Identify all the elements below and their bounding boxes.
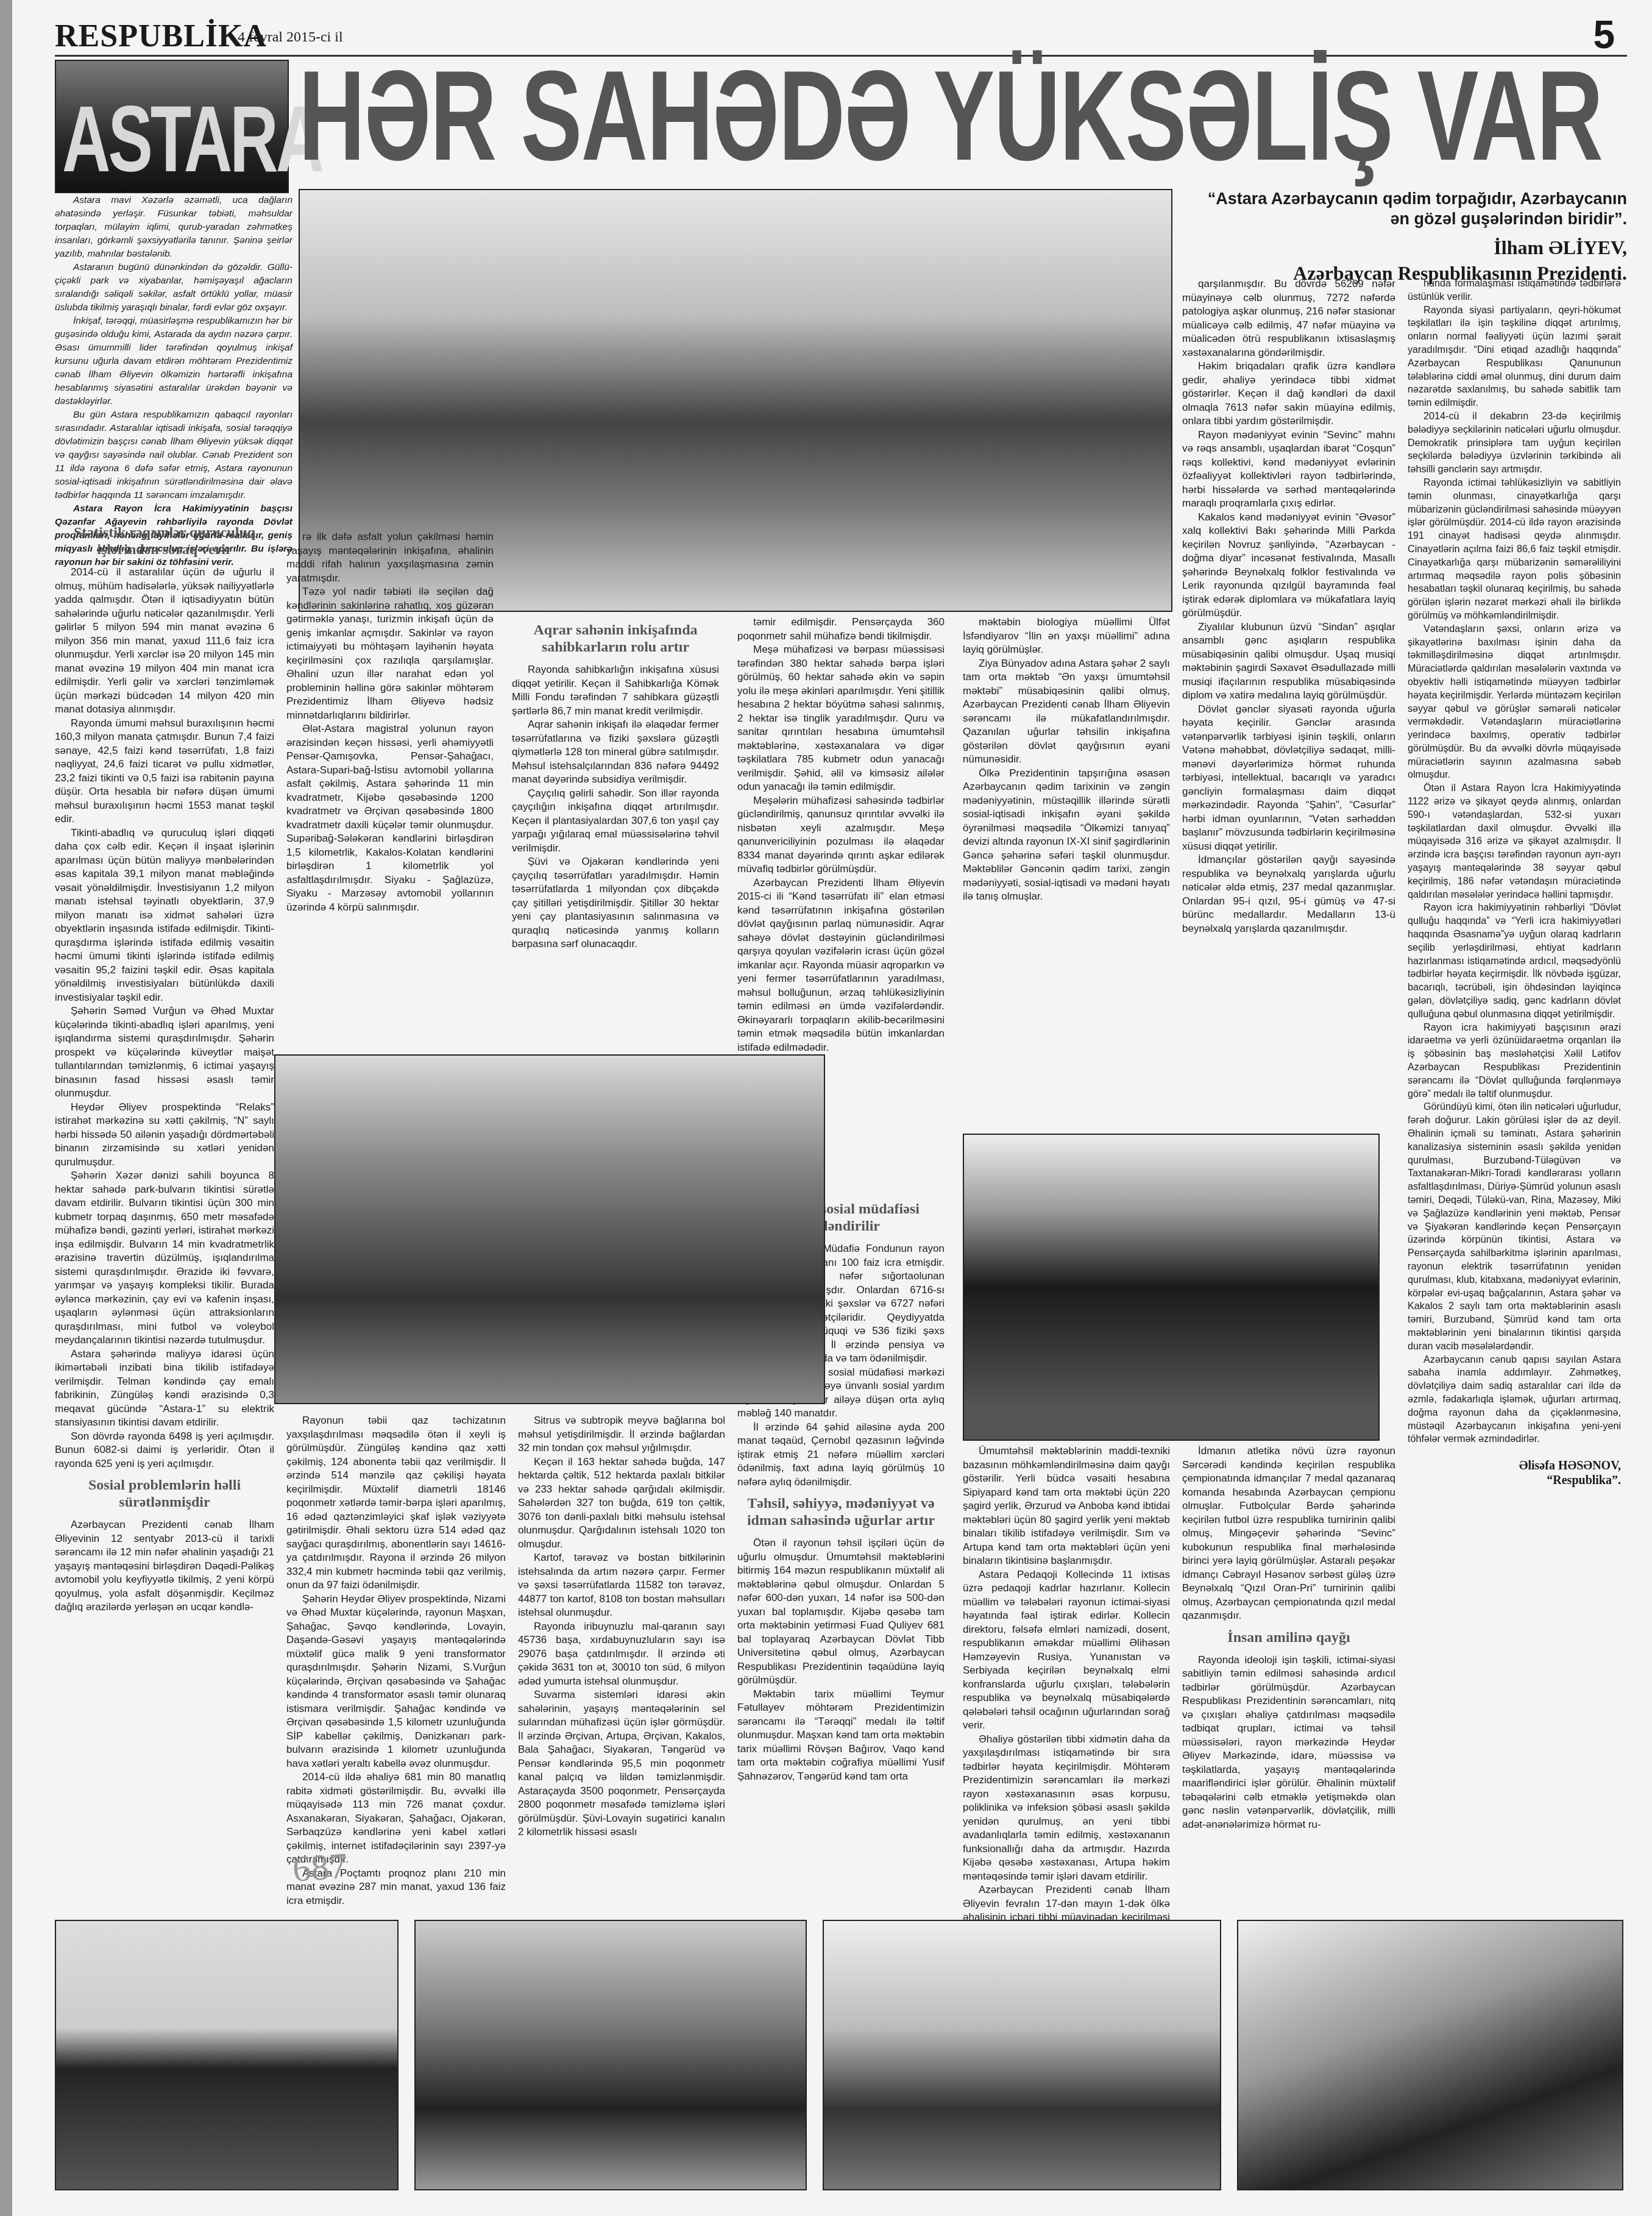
lead-paragraph: Astaranın bugünü dünənkindən də gözəldir… <box>55 261 292 314</box>
paper-name: RESPUBLİKA <box>55 18 267 54</box>
column-3-lower: Sitrus və subtropik meyvə bağlarına bol … <box>518 1414 725 1839</box>
paragraph: Əhaliyə göstərilən tibbi xidmətin daha d… <box>963 1733 1170 1884</box>
museum-building-photo <box>963 1134 1380 1441</box>
paragraph: hunda formalaşması istiqamətində tədbirl… <box>1408 277 1621 304</box>
paragraph: Aqrar sahənin inkişafı ilə əlaqədar ferm… <box>512 718 719 787</box>
byline-outlet: “Respublika”. <box>1408 1473 1621 1488</box>
paragraph: Məktəbin tarix müəllimi Teymur Fətullaye… <box>737 1688 945 1784</box>
newspaper-page: RESPUBLİKA 4 fevral 2015-ci il 5 ASTARA … <box>12 0 1652 2216</box>
column-6: qarşılanmışdır. Bu dövrdə 56209 nəfər mü… <box>1182 277 1395 936</box>
paragraph: Rayonda ideoloji işin təşkili, ictimai-s… <box>1182 1653 1395 1832</box>
building-ceremony-photo <box>274 1054 825 1404</box>
paragraph: Keçən il 163 hektar sahədə buğda, 147 he… <box>518 1455 725 1552</box>
paragraph: 2014-cü il astaralılar üçün də uğurlu il… <box>55 566 274 717</box>
column-2: rə ilk dəfə asfalt yolun çəkilməsi həmin… <box>286 530 494 914</box>
column-5: məktəbin biologiya müəllimi Ülfət İsfənd… <box>963 616 1170 904</box>
paragraph: Vətəndaşların şəxsi, onların ərizə və şi… <box>1408 623 1621 783</box>
paragraph: Şüvi və Ojakəran kəndlərində yeni çayçıl… <box>512 855 719 951</box>
paragraph: Ölkə Prezidentinin tapşırığına əsasən Az… <box>963 767 1170 904</box>
paragraph: Rayon icra hakimiyyəti başçısının ərazi … <box>1408 1021 1621 1101</box>
column-6-lower: İdmanın atletika növü üzrə rayonun Sərcə… <box>1182 1444 1395 1831</box>
paragraph: Təzə yol nadir təbiəti ilə seçilən dağ k… <box>286 585 494 722</box>
paragraph: Son dövrdə rayonda 6498 iş yeri açılmışd… <box>55 1430 274 1471</box>
astara-sign-photo: ASTARA <box>55 60 289 193</box>
paragraph: Rayonun təbii qaz təchizatının yaxşılaşd… <box>286 1414 506 1593</box>
paragraph: Astara Pedaqoji Kollecində 11 ixtisas üz… <box>963 1568 1170 1733</box>
lead-paragraph: Bu gün Astara respublikamızın qabaqcıl r… <box>55 408 292 502</box>
paragraph: Rayon icra hakimiyyətinin rəhbərliyi “Dö… <box>1408 901 1621 1021</box>
paragraph: Suvarma sistemləri idarəsi əkin sahələri… <box>518 1688 725 1839</box>
paragraph: 2014-cü il dekabrın 23-də keçirilmiş bəl… <box>1408 410 1621 477</box>
column-3: Aqrar sahənin inkişafında sahibkarların … <box>512 616 719 951</box>
column-7: hunda formalaşması istiqamətində tədbirl… <box>1408 277 1621 1488</box>
paragraph: İdmançılar göstərilən qayğı sayəsində re… <box>1182 853 1395 936</box>
paragraph: Azərbaycan Prezidenti İlham Əliyevin 201… <box>737 876 945 1055</box>
paragraph: Ümumtəhsil məktəblərinin maddi-texniki b… <box>963 1444 1170 1568</box>
paragraph: Ziya Bünyadov adına Astara şəhər 2 saylı… <box>963 657 1170 767</box>
paragraph: Rayonda ictimai təhlükəsizliyin və sabit… <box>1408 477 1621 623</box>
paragraph: Ötən il Astara Rayon İcra Hakimiyyətində… <box>1408 782 1621 901</box>
section-heading: İnsan amilinə qayğı <box>1182 1629 1395 1646</box>
paragraph: qarşılanmışdır. Bu dövrdə 56209 nəfər mü… <box>1182 277 1395 360</box>
section-heading: Təhsil, səhiyyə, mədəniyyət və idman sah… <box>737 1495 945 1529</box>
paragraph: Kakalos kənd mədəniyyət evinin “Əvəsor” … <box>1182 511 1395 620</box>
paragraph: Kartof, tərəvəz və bostan bitkilərinin i… <box>518 1551 725 1620</box>
paragraph: Rayonda ümumi məhsul buraxılışının həcmi… <box>55 717 274 826</box>
paragraph: Şəhərin Xəzər dənizi sahili boyunca 8 he… <box>55 1169 274 1348</box>
paragraph: Rayon mədəniyyət evinin “Sevinc” mahnı v… <box>1182 428 1395 511</box>
byline-author: Əlisəfa HƏSƏNOV, <box>1408 1458 1621 1473</box>
paragraph: Tikinti-abadlıq və quruculuq işləri diqq… <box>55 826 274 1005</box>
paragraph: Astara şəhərində maliyyə idarəsi üçün ik… <box>55 1348 274 1430</box>
section-heading: Aqrar sahənin inkişafında sahibkarların … <box>512 622 719 656</box>
paragraph: Dövlət gənclər siyasəti rayonda uğurla h… <box>1182 703 1395 854</box>
region-sign-text: ASTARA <box>62 85 322 194</box>
column-5-lower: Ümumtəhsil məktəblərinin maddi-texniki b… <box>963 1444 1170 1952</box>
paragraph: Azərbaycan Prezidenti cənab İlham Əliyev… <box>55 1518 274 1614</box>
paragraph: Çayçılıq gəlirli sahədir. Son illər rayo… <box>512 787 719 856</box>
pipeline-photo <box>414 1920 807 2190</box>
park-fountain-photo <box>1237 1920 1623 2190</box>
paragraph: Sitrus və subtropik meyvə bağlarına bol … <box>518 1414 725 1455</box>
riverbank-photo <box>823 1920 1221 2190</box>
paragraph: Meşə mühafizəsi və bərpası müəssisəsi tə… <box>737 643 945 794</box>
author-name: İlham ƏLİYEV, <box>1170 235 1627 260</box>
paragraph: Şəhərin Heydər Əliyev prospektində, Niza… <box>286 1593 506 1771</box>
paragraph: Meşələrin mühafizəsi sahəsində tədbirlər… <box>737 794 945 876</box>
paragraph: Həkim briqadaları qrafik üzrə kəndlərə g… <box>1182 360 1395 428</box>
lead-paragraph: Astara mavi Xəzərlə əzəmətli, uca dağlar… <box>55 194 292 261</box>
tea-plantation-photo <box>55 1920 399 2190</box>
issue-date: 4 fevral 2015-ci il <box>238 29 343 46</box>
section-heading: Statistik rəqəmlər quruculuq işlərindən … <box>55 524 274 558</box>
column-4: təmir edilmişdir. Pensərçayda 360 poqonm… <box>737 616 945 1054</box>
lead-paragraphs: Astara mavi Xəzərlə əzəmətli, uca dağlar… <box>55 194 292 569</box>
paragraph: Ötən il rayonun təhsil işçiləri üçün də … <box>737 1536 945 1688</box>
paragraph: təmir edilmişdir. Pensərçayda 360 poqonm… <box>737 616 945 643</box>
lead-paragraph: İnkişaf, tərəqqi, müasirləşmə respublika… <box>55 314 292 408</box>
headline: HƏR SAHƏDƏ YÜKSƏLİŞ VAR <box>299 55 1246 177</box>
epigraph-quote: “Astara Azərbaycanın qədim torpağıdır, A… <box>1188 189 1627 229</box>
column-2-lower: Rayonun təbii qaz təchizatının yaxşılaşd… <box>286 1414 506 1908</box>
paragraph: Ziyalılar klubunun üzvü “Sindan” aşıqlar… <box>1182 620 1395 703</box>
paragraph: Göründüyü kimi, ötən ilin nəticələri uğu… <box>1408 1101 1621 1353</box>
paragraph: Rayonda sahibkarlığın inkişafına xüsusi … <box>512 663 719 718</box>
paragraph: rə ilk dəfə asfalt yolun çəkilməsi həmin… <box>286 530 494 585</box>
paragraph: İdmanın atletika növü üzrə rayonun Sərcə… <box>1182 1444 1395 1623</box>
paragraph: Heydər Əliyev prospektində “Relaks” isti… <box>55 1101 274 1170</box>
paragraph: Ələt-Astara magistral yolunun rayon əraz… <box>286 722 494 914</box>
paragraph: məktəbin biologiya müəllimi Ülfət İsfənd… <box>963 616 1170 657</box>
paragraph: Şəhərin Səməd Vurğun və Əhəd Muxtar küçə… <box>55 1004 274 1101</box>
paragraph: Rayonda iribuynuzlu mal-qaranın sayı 457… <box>518 1620 725 1689</box>
paragraph: Azərbaycanın cənub qapısı sayılan Astara… <box>1408 1354 1621 1447</box>
paragraph: Rayonda siyasi partiyaların, qeyri-hökum… <box>1408 304 1621 410</box>
handwritten-annotation: 687 <box>291 1845 349 1891</box>
paragraph: İl ərzində 64 şəhid ailəsinə ayda 200 ma… <box>737 1421 945 1490</box>
section-heading: Sosial problemlərin həlli sürətlənmişdir <box>55 1477 274 1511</box>
byline: Əlisəfa HƏSƏNOV, “Respublika”. <box>1408 1458 1621 1488</box>
column-1: Statistik rəqəmlər quruculuq işlərindən … <box>55 518 274 1614</box>
